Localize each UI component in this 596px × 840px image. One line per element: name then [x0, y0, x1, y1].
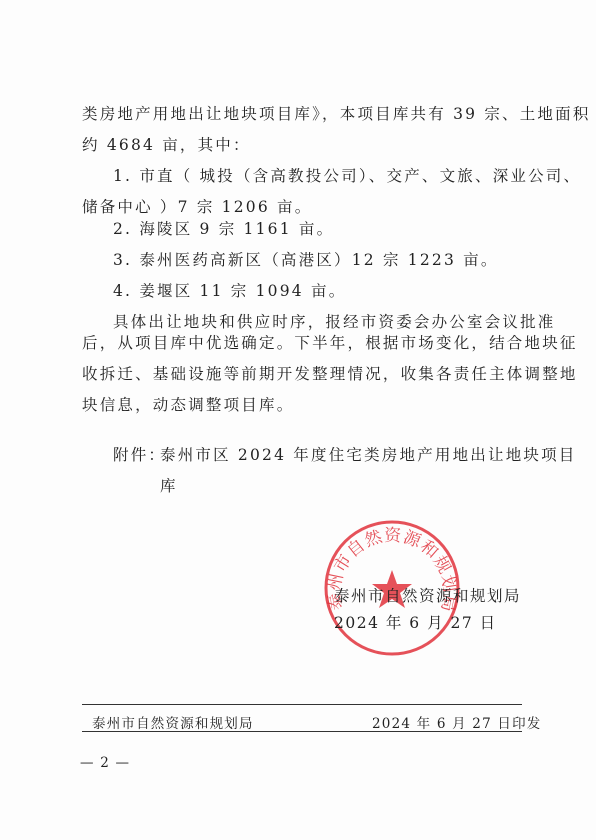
list-item: 4. 姜堰区 11 宗 1094 亩。	[113, 279, 346, 301]
body-line: 收拆迁、基础设施等前期开发整理情况，收集各责任主体调整地	[82, 362, 578, 384]
body-line: 具体出让地块和供应时序，报经市资委会办公室会议批准	[113, 310, 556, 332]
attachment-title[interactable]: 泰州市区 2024 年度住宅类房地产用地出让地块项目	[160, 443, 577, 465]
body-line: 块信息，动态调整项目库。	[82, 393, 294, 415]
footer-top-rule	[82, 704, 522, 705]
signature-date: 2024 年 6 月 27 日	[334, 611, 497, 633]
body-line: 后，从项目库中优选确定。下半年，根据市场变化，结合地块征	[82, 331, 578, 353]
attachment-label: 附件：	[113, 443, 166, 465]
signature-org: 泰州市自然资源和规划局	[334, 584, 521, 606]
list-item: 1. 市直（ 城投（含高教投公司）、交产、文旅、深业公司、	[113, 164, 581, 186]
page-number: — 2 —	[80, 755, 130, 771]
footer-issued-date: 2024 年 6 月 27 日印发	[372, 712, 541, 732]
body-line: 类房地产用地出让地块项目库》，本项目库共有 39 宗、土地面积	[82, 102, 591, 124]
body-line: 储备中心 ）7 宗 1206 亩。	[82, 195, 312, 217]
footer-bottom-rule	[82, 731, 522, 732]
body-line: 约 4684 亩，其中：	[82, 133, 251, 155]
attachment-title-cont: 库	[160, 474, 178, 496]
list-item: 2. 海陵区 9 宗 1161 亩。	[113, 217, 334, 239]
footer-issuer: 泰州市自然资源和规划局	[92, 712, 254, 732]
list-item: 3. 泰州医药高新区（高港区）12 宗 1223 亩。	[113, 248, 499, 270]
